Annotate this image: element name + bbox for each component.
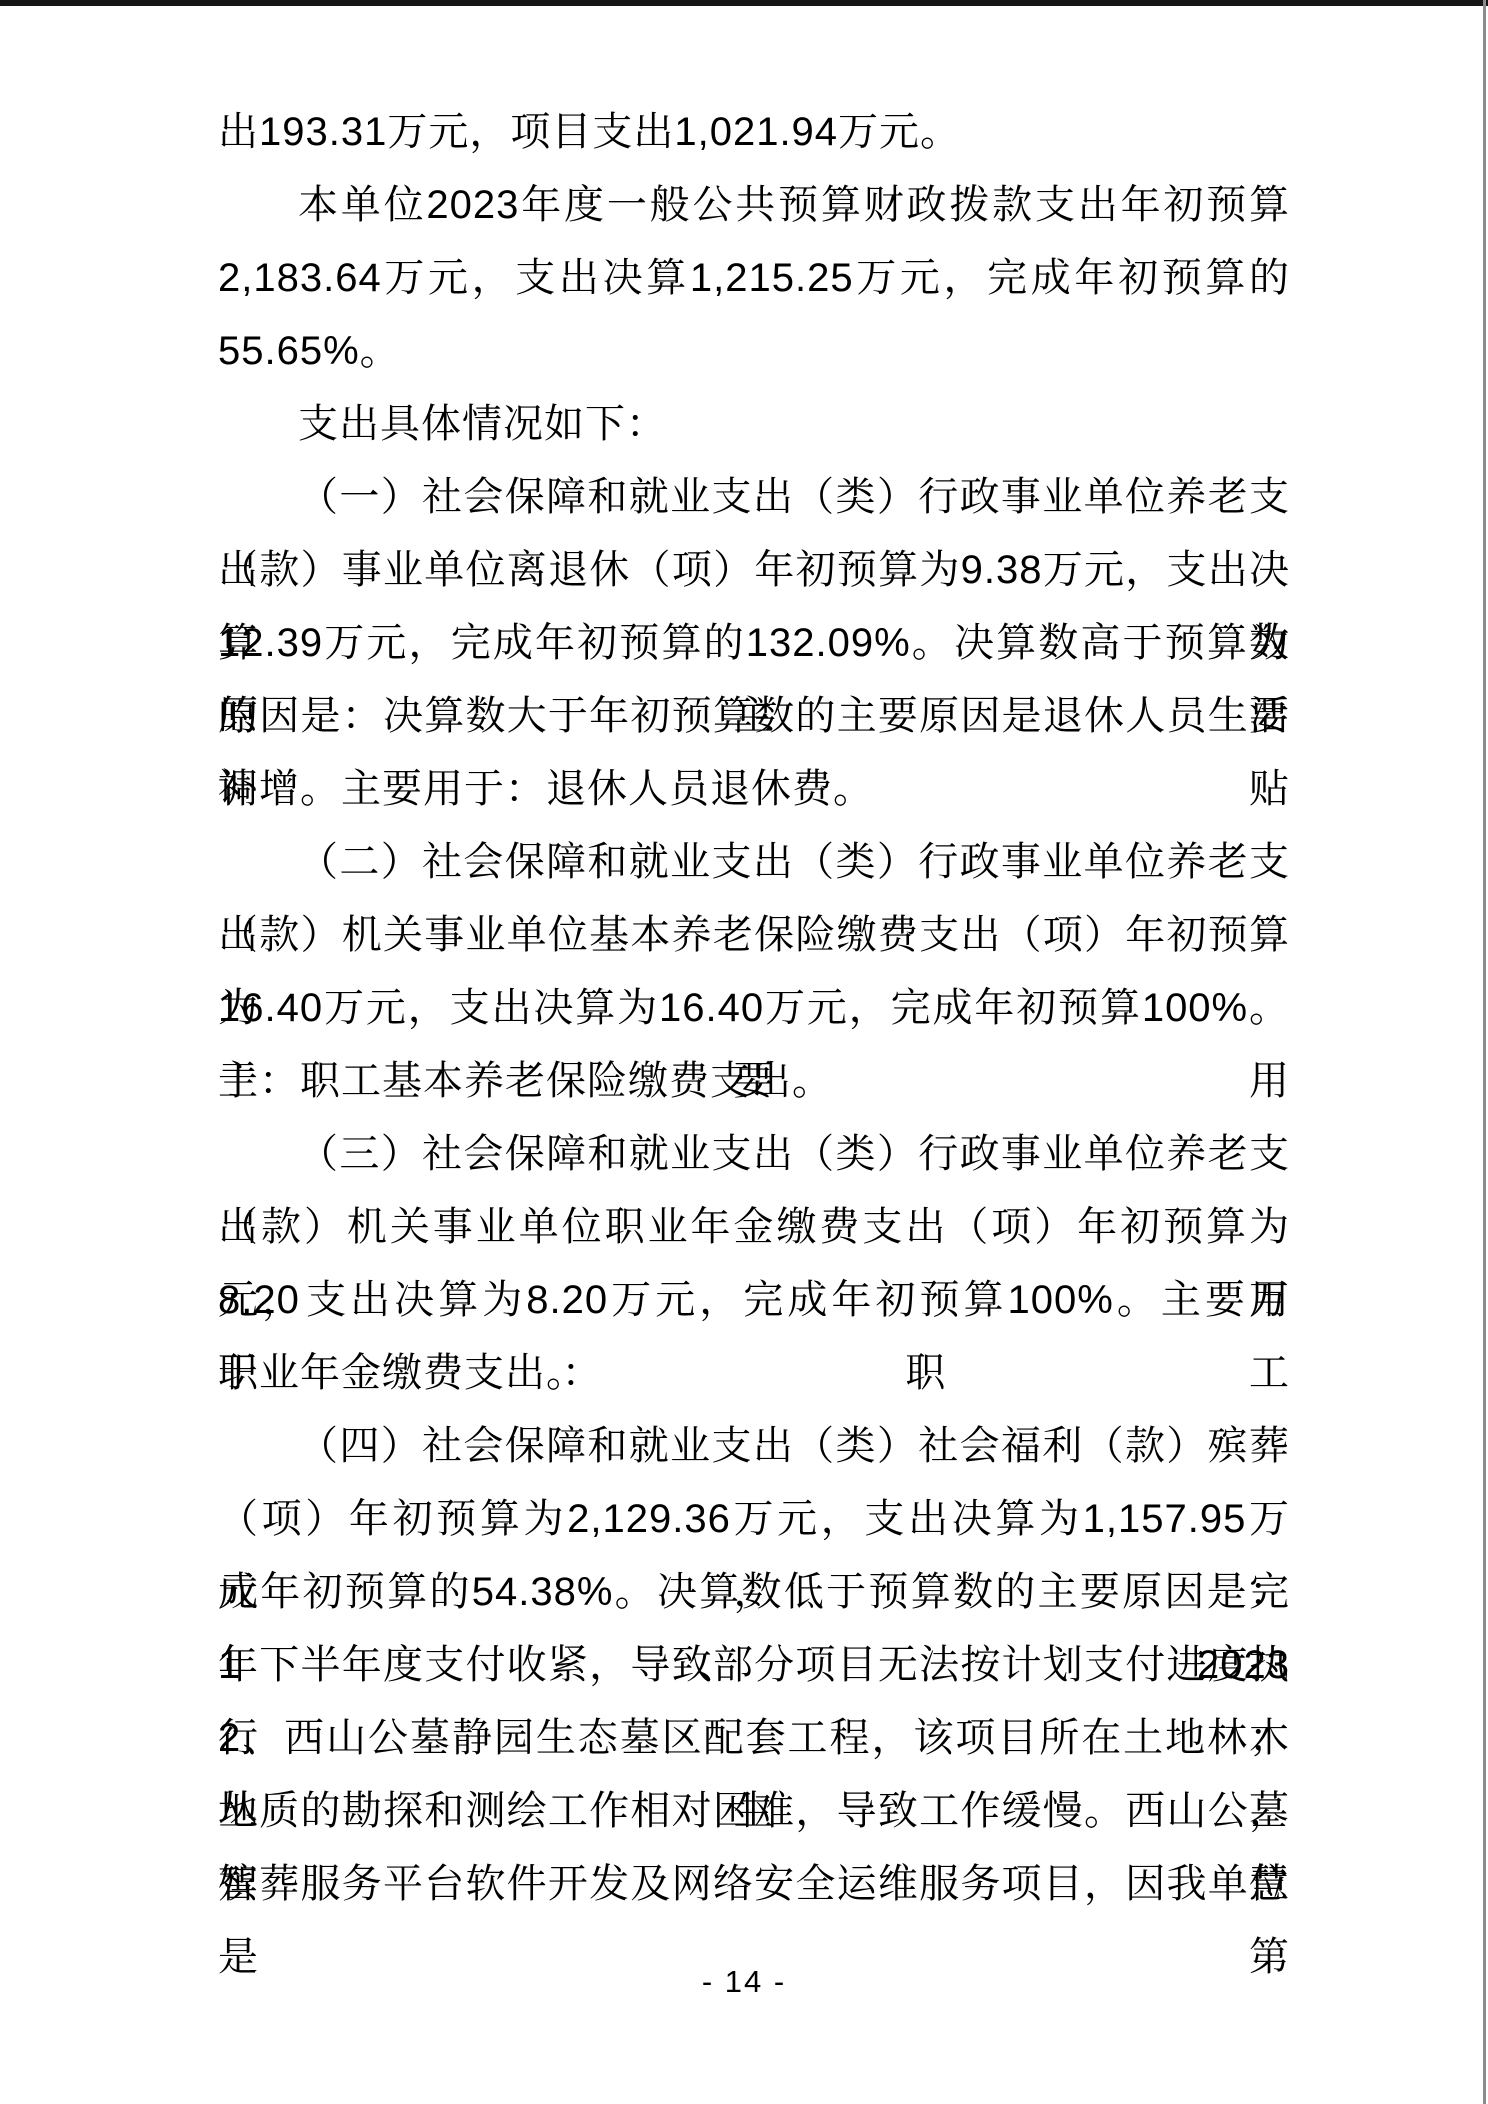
text-line: 16.40万元，支出决算为16.40万元，完成年初预算100%。主要用 <box>218 972 1290 1045</box>
page-right-border <box>1483 0 1486 2104</box>
text-line: 年下半年度支付收紧，导致部分项目无法按计划支付进度执行； <box>218 1629 1290 1702</box>
text-line: 55.65%。 <box>218 315 1290 388</box>
text-line: 2、西山公墓静园生态墓区配套工程，该项目所在土地林木丛生， <box>218 1702 1290 1775</box>
text-line: （一）社会保障和就业支出（类）行政事业单位养老支出 <box>218 461 1290 534</box>
page-body-text: 出193.31万元，项目支出1,021.94万元。 本单位2023年度一般公共预… <box>218 96 1290 1921</box>
text-line: 12.39万元，完成年初预算的132.09%。决算数高于预算数的主要 <box>218 607 1290 680</box>
text-line: 2,183.64万元，支出决算1,215.25万元，完成年初预算的 <box>218 242 1290 315</box>
page-top-border <box>0 0 1488 6</box>
text-line: （项）年初预算为2,129.36万元，支出决算为1,157.95万元，完 <box>218 1483 1290 1556</box>
text-line: （四）社会保障和就业支出（类）社会福利（款）殡葬 <box>218 1410 1290 1483</box>
page-number: - 14 - <box>0 1962 1488 2002</box>
text-line: 成年初预算的54.38%。决算数低于预算数的主要原因是：1、2023 <box>218 1556 1290 1629</box>
text-line: （款）事业单位离退休（项）年初预算为9.38万元，支出决算为 <box>218 534 1290 607</box>
text-line: 元，支出决算为8.20万元，完成年初预算100%。主要用于：职工 <box>218 1264 1290 1337</box>
text-line: 地质的勘探和测绘工作相对困难，导致工作缓慢。西山公墓智慧 <box>218 1775 1290 1848</box>
text-line: （款）机关事业单位职业年金缴费支出（项）年初预算为8.20万 <box>218 1191 1290 1264</box>
text-line: 出193.31万元，项目支出1,021.94万元。 <box>218 96 1290 169</box>
text-line: 本单位2023年度一般公共预算财政拨款支出年初预算 <box>218 169 1290 242</box>
text-line: 支出具体情况如下： <box>218 388 1290 461</box>
text-line: 殡葬服务平台软件开发及网络安全运维服务项目，因我单位是第 <box>218 1848 1290 1921</box>
document-page: 出193.31万元，项目支出1,021.94万元。 本单位2023年度一般公共预… <box>0 0 1488 2104</box>
text-line: 原因是：决算数大于年初预算数的主要原因是退休人员生活补贴 <box>218 680 1290 753</box>
text-line: （款）机关事业单位基本养老保险缴费支出（项）年初预算为 <box>218 899 1290 972</box>
text-line: （三）社会保障和就业支出（类）行政事业单位养老支出 <box>218 1118 1290 1191</box>
text-line: （二）社会保障和就业支出（类）行政事业单位养老支出 <box>218 826 1290 899</box>
